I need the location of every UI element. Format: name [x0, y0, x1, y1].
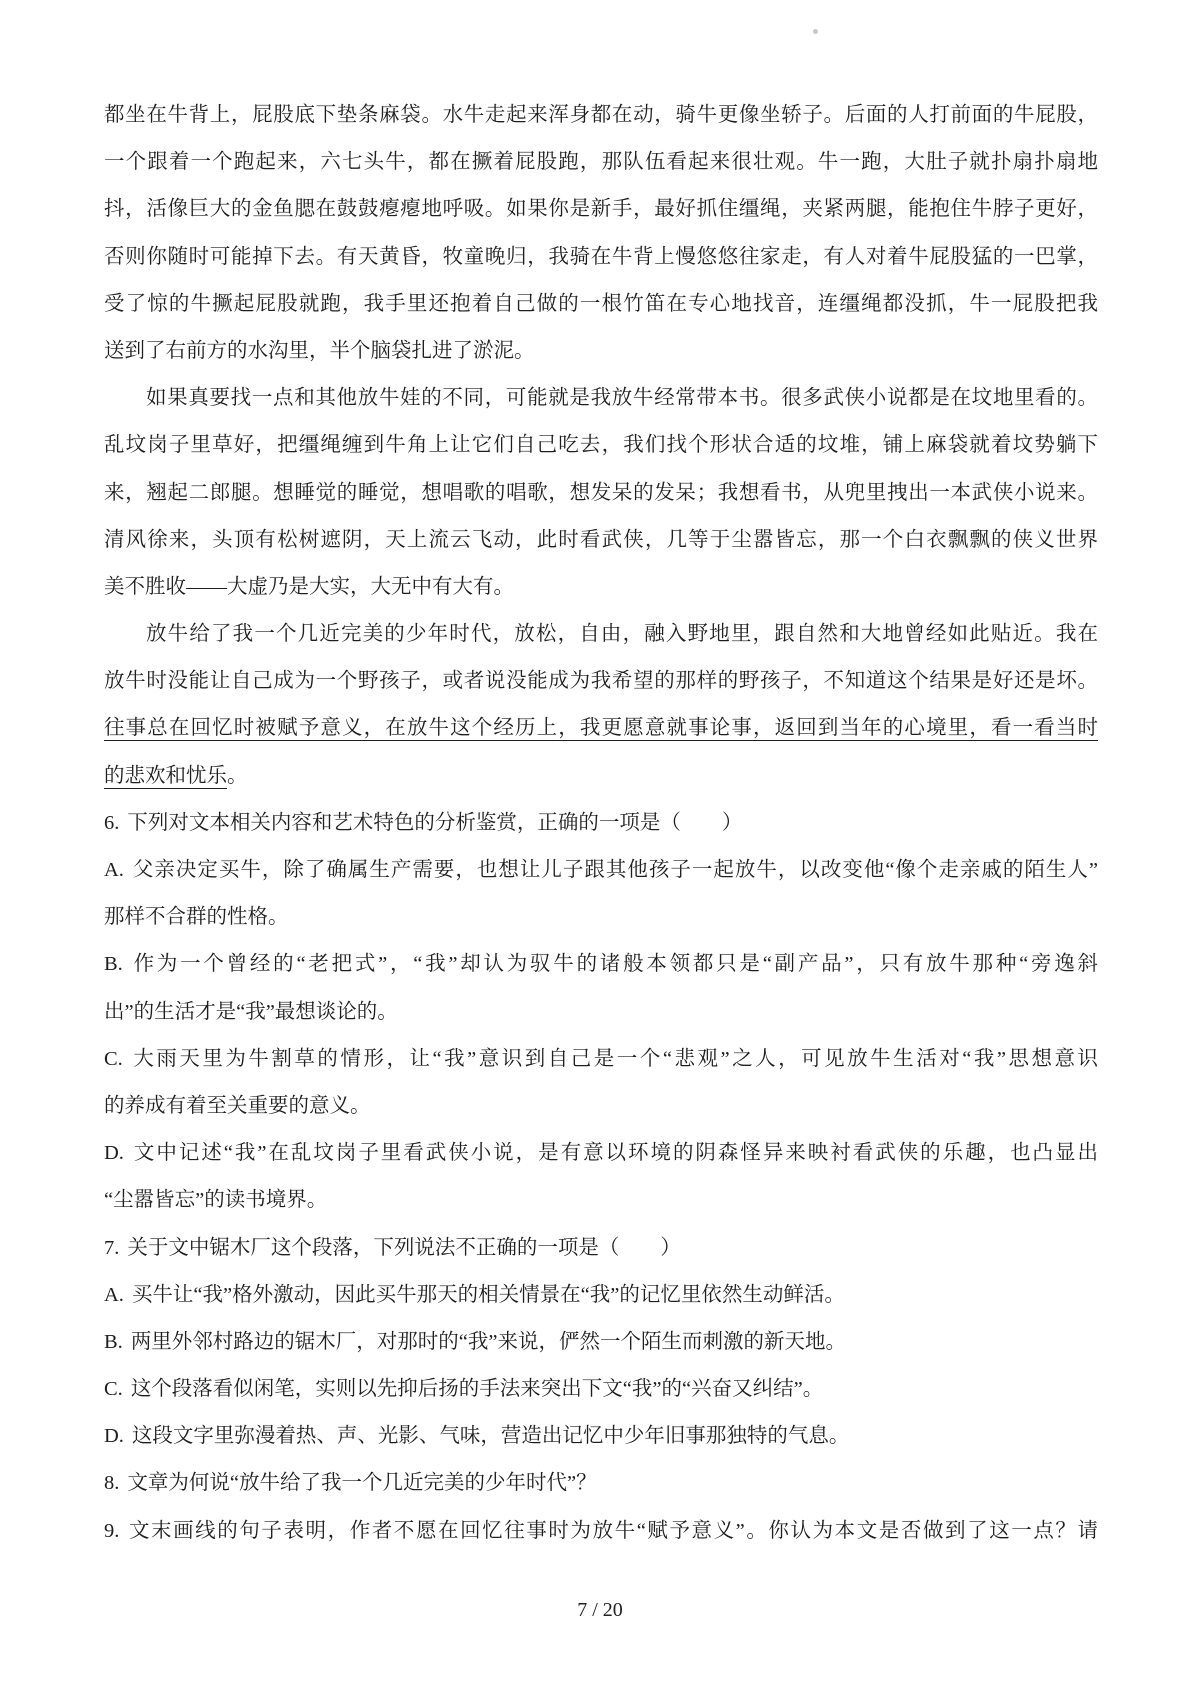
option-text: 文中记述“我”在乱坟岗子里看武侠小说，是有意以环境的阴森怪异来映衬看武侠的乐趣，… — [132, 1142, 1098, 1164]
option-text: 这段文字里弥漫着热、声、光影、气味，营造出记忆中少年旧事那独特的气息。 — [132, 1425, 850, 1447]
stray-mark — [813, 29, 818, 34]
option-text: 父亲决定买牛，除了确属生产需要，也想让儿子跟其他孩子一起放牛，以改变他“像个走亲… — [132, 859, 1098, 881]
question-stem-text: 关于文中锯木厂这个段落，下列说法不正确的一项是（ ） — [127, 1237, 681, 1259]
question-stem: 7.关于文中锯木厂这个段落，下列说法不正确的一项是（ ） — [104, 1225, 1098, 1272]
option-text: 买牛让“我”格外激动，因此买牛那天的相关情景在“我”的记忆里依然生动鲜活。 — [132, 1284, 845, 1306]
passage-line: 放牛时没能让自己成为一个野孩子，或者说没能成为我希望的那样的野孩子，不知道这个结… — [104, 658, 1098, 705]
option-line: C.这个段落看似闲笔，实则以先抑后扬的手法来突出下文“我”的“兴奋又纠结”。 — [104, 1366, 1098, 1413]
question-stem-text: 下列对文本相关内容和艺术特色的分析鉴赏，正确的一项是（ ） — [127, 812, 742, 834]
passage-line: 受了惊的牛撅起屁股就跑，我手里还抱着自己做的一根竹笛在专心地找音，连缰绳都没抓，… — [104, 281, 1098, 328]
option-line: C.大雨天里为牛割草的情形，让“我”意识到自己是一个“悲观”之人，可见放牛生活对… — [104, 1036, 1098, 1083]
option-label: C. — [104, 1378, 123, 1400]
option-label: A. — [104, 1284, 124, 1306]
passage-line: 放牛给了我一个几近完美的少年时代，放松，自由，融入野地里，跟自然和大地曾经如此贴… — [104, 611, 1098, 658]
option-line: A.买牛让“我”格外激动，因此买牛那天的相关情景在“我”的记忆里依然生动鲜活。 — [104, 1272, 1098, 1319]
underlined-text: 往事总在回忆时被赋予意义，在放牛这个经历上，我更愿意就事论事，返回到当年的心境里… — [104, 717, 1098, 739]
passage-line: 来，翘起二郎腿。想睡觉的睡觉，想唱歌的唱歌，想发呆的发呆；我想看书，从兜里拽出一… — [104, 470, 1098, 517]
option-label: B. — [104, 953, 123, 975]
passage-line: 都坐在牛背上，屁股底下垫条麻袋。水牛走起来浑身都在动，骑牛更像坐轿子。后面的人打… — [104, 92, 1098, 139]
option-label: D. — [104, 1425, 124, 1447]
passage-line: 乱坟岗子里草好，把缰绳缠到牛角上让它们自己吃去，我们找个形状合适的坟堆，铺上麻袋… — [104, 422, 1098, 469]
option-continuation: 的养成有着至关重要的意义。 — [104, 1083, 1098, 1130]
option-text: 作为一个曾经的“老把式”，“我”却认为驭牛的诸般本领都只是“副产品”，只有放牛那… — [131, 953, 1098, 975]
option-line: B.两里外邻村路边的锯木厂，对那时的“我”来说，俨然一个陌生而刺激的新天地。 — [104, 1319, 1098, 1366]
question-stem-text: 文章为何说“放牛给了我一个几近完美的少年时代”？ — [127, 1472, 596, 1494]
passage-line: 一个跟着一个跑起来，六七头牛，都在撅着屁股跑，那队伍看起来很壮观。牛一跑，大肚子… — [104, 139, 1098, 186]
option-line: B.作为一个曾经的“老把式”，“我”却认为驭牛的诸般本领都只是“副产品”，只有放… — [104, 941, 1098, 988]
question-stem: 8.文章为何说“放牛给了我一个几近完美的少年时代”？ — [104, 1460, 1098, 1507]
sentence-period: 。 — [227, 765, 248, 787]
option-label: C. — [104, 1048, 123, 1070]
option-text: 大雨天里为牛割草的情形，让“我”意识到自己是一个“悲观”之人，可见放牛生活对“我… — [131, 1048, 1098, 1070]
option-continuation: “尘嚣皆忘”的读书境界。 — [104, 1177, 1098, 1224]
option-label: D. — [104, 1142, 124, 1164]
passage-line: 清风徐来，头顶有松树遮阴，天上流云飞动，此时看武侠，几等于尘嚣皆忘，那一个白衣飘… — [104, 517, 1098, 564]
passage-line: 送到了右前方的水沟里，半个脑袋扎进了淤泥。 — [104, 328, 1098, 375]
exam-page-content: 都坐在牛背上，屁股底下垫条麻袋。水牛走起来浑身都在动，骑牛更像坐轿子。后面的人打… — [104, 92, 1098, 1555]
passage-line: 如果真要找一点和其他放牛娃的不同，可能就是我放牛经常带本书。很多武侠小说都是在坟… — [104, 375, 1098, 422]
page-number: 7 / 20 — [0, 1596, 1200, 1624]
option-text: 两里外邻村路边的锯木厂，对那时的“我”来说，俨然一个陌生而刺激的新天地。 — [131, 1331, 846, 1353]
passage-line: 美不胜收——大虚乃是大实，大无中有大有。 — [104, 564, 1098, 611]
question-number: 8. — [104, 1472, 119, 1494]
option-continuation: 那样不合群的性格。 — [104, 894, 1098, 941]
option-line: D.文中记述“我”在乱坟岗子里看武侠小说，是有意以环境的阴森怪异来映衬看武侠的乐… — [104, 1130, 1098, 1177]
option-label: B. — [104, 1331, 123, 1353]
question-number: 7. — [104, 1237, 119, 1259]
option-text: 这个段落看似闲笔，实则以先抑后扬的手法来突出下文“我”的“兴奋又纠结”。 — [131, 1378, 823, 1400]
document-page: 都坐在牛背上，屁股底下垫条麻袋。水牛走起来浑身都在动，骑牛更像坐轿子。后面的人打… — [0, 0, 1200, 1697]
question-number: 9. — [104, 1520, 119, 1542]
question-stem: 9.文末画线的句子表明，作者不愿在回忆往事时为放牛“赋予意义”。你认为本文是否做… — [104, 1508, 1098, 1555]
passage-line: 抖，活像巨大的金鱼腮在鼓鼓瘪瘪地呼吸。如果你是新手，最好抓住缰绳，夹紧两腿，能抱… — [104, 186, 1098, 233]
option-label: A. — [104, 859, 124, 881]
option-continuation: 出”的生活才是“我”最想谈论的。 — [104, 989, 1098, 1036]
question-stem-text: 文末画线的句子表明，作者不愿在回忆往事时为放牛“赋予意义”。你认为本文是否做到了… — [127, 1520, 1098, 1542]
option-line: D.这段文字里弥漫着热、声、光影、气味，营造出记忆中少年旧事那独特的气息。 — [104, 1413, 1098, 1460]
underlined-sentence-line: 的悲欢和忧乐。 — [104, 753, 1098, 800]
question-stem: 6.下列对文本相关内容和艺术特色的分析鉴赏，正确的一项是（ ） — [104, 800, 1098, 847]
option-line: A.父亲决定买牛，除了确属生产需要，也想让儿子跟其他孩子一起放牛，以改变他“像个… — [104, 847, 1098, 894]
question-number: 6. — [104, 812, 119, 834]
underlined-sentence-line: 往事总在回忆时被赋予意义，在放牛这个经历上，我更愿意就事论事，返回到当年的心境里… — [104, 705, 1098, 752]
passage-line: 否则你随时可能掉下去。有天黄昏，牧童晚归，我骑在牛背上慢悠悠往家走，有人对着牛屁… — [104, 234, 1098, 281]
underlined-text: 的悲欢和忧乐 — [104, 765, 227, 787]
